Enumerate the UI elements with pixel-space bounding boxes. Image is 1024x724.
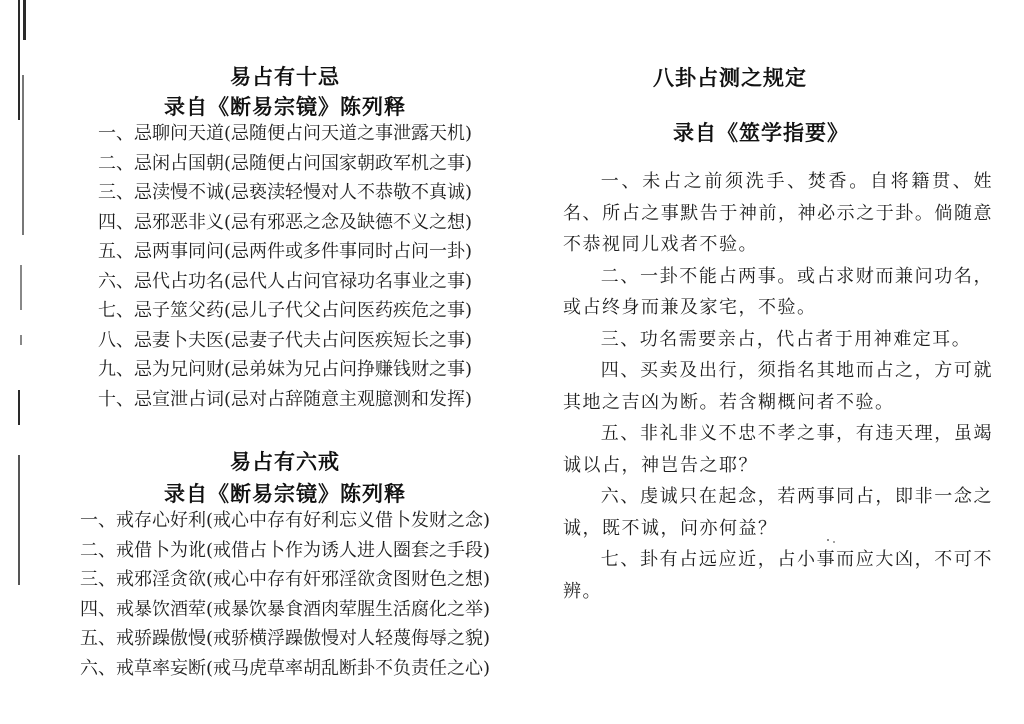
section-subtitle-source: 录自《断易宗镜》陈列释	[60, 478, 510, 508]
section-subtitle-source: 录自《筮学指要》	[673, 117, 849, 147]
list-item: 一、忌聊问天道(忌随便占问天道之事泄露天机)	[60, 119, 510, 149]
list-item: 四、忌邪恶非义(忌有邪恶之念及缺德不义之想)	[60, 208, 510, 238]
rule-paragraph: 六、虔诚只在起念，若两事同占，即非一念之诚，既不诚，问亦何益？	[563, 481, 993, 544]
rule-paragraph: 四、买卖及出行，须指名其地而占之，方可就其地之吉凶为断。若含糊概问者不验。	[563, 355, 993, 418]
rule-paragraph: 三、功名需要亲占，代占者于用神难定耳。	[563, 324, 993, 356]
section-title-six-precepts: 易占有六戒	[60, 446, 510, 476]
list-item: 十、忌宣泄占词(忌对占辞随意主观臆测和发挥)	[60, 385, 510, 415]
scan-edge-line	[18, 455, 20, 585]
rule-paragraph: 五、非礼非义不忠不孝之事，有违天理，虽竭诚以占，神岂告之耶？	[563, 418, 993, 481]
list-item: 二、戒借卜为讹(戒借占卜作为诱人进人圈套之手段)	[60, 536, 510, 566]
list-item: 六、戒草率妄断(戒马虎草率胡乱断卦不负责任之心)	[60, 654, 510, 684]
list-item: 一、戒存心好利(戒心中存有好利忘义借卜发财之念)	[60, 506, 510, 536]
list-item: 九、忌为兄问财(忌弟妹为兄占问挣赚钱财之事)	[60, 355, 510, 385]
right-page: 八卦占测之规定 录自《筮学指要》 一、未占之前须洗手、焚香。自将籍贯、姓名、所占…	[563, 0, 993, 724]
section-subtitle-source: 录自《断易宗镜》陈列释	[60, 91, 510, 121]
list-item: 五、戒骄躁傲慢(戒骄横浮躁傲慢对人轻蔑侮辱之貌)	[60, 624, 510, 654]
list-item: 七、忌子筮父药(忌儿子代父占问医药疾危之事)	[60, 296, 510, 326]
list-item: 八、忌妻卜夫医(忌妻子代夫占问医疾短长之事)	[60, 326, 510, 356]
list-item: 三、戒邪淫贪欲(戒心中存有奸邪淫欲贪图财色之想)	[60, 565, 510, 595]
scan-edge-line	[23, 0, 26, 40]
list-item: 五、忌两事同问(忌两件或多件事同时占问一卦)	[60, 237, 510, 267]
list-item: 六、忌代占功名(忌代人占问官禄功名事业之事)	[60, 267, 510, 297]
list-item: 四、戒暴饮酒荤(戒暴饮暴食酒肉荤腥生活腐化之举)	[60, 595, 510, 625]
rule-paragraph: 一、未占之前须洗手、焚香。自将籍贯、姓名、所占之事默告于神前，神必示之于卦。倘随…	[563, 166, 993, 261]
scan-edge-line	[18, 0, 20, 120]
scan-edge-line	[18, 390, 20, 425]
scan-edge-line	[22, 75, 24, 235]
scan-edge-line	[20, 265, 22, 310]
rule-paragraph: 二、一卦不能占两事。或占求财而兼问功名，或占终身而兼及家宅，不验。	[563, 261, 993, 324]
section-title-ten-taboos: 易占有十忌	[60, 61, 510, 91]
ten-taboos-list: 一、忌聊问天道(忌随便占问天道之事泄露天机) 二、忌闲占国朝(忌随便占问国家朝政…	[60, 119, 510, 414]
rule-paragraph: 七、卦有占远应近，占小事而应大凶，不可不辨。	[563, 544, 993, 607]
list-item: 二、忌闲占国朝(忌随便占问国家朝政军机之事)	[60, 149, 510, 179]
left-page: 易占有十忌 录自《断易宗镜》陈列释 一、忌聊问天道(忌随便占问天道之事泄露天机)…	[60, 0, 510, 724]
rules-body: 一、未占之前须洗手、焚香。自将籍贯、姓名、所占之事默告于神前，神必示之于卦。倘随…	[563, 166, 993, 607]
scan-edge-line	[20, 335, 22, 345]
six-precepts-list: 一、戒存心好利(戒心中存有好利忘义借卜发财之念) 二、戒借卜为讹(戒借占卜作为诱…	[60, 506, 510, 683]
list-item: 三、忌渎慢不诚(忌亵渎轻慢对人不恭敬不真诚)	[60, 178, 510, 208]
section-title-divination-rules: 八卦占测之规定	[653, 62, 807, 92]
